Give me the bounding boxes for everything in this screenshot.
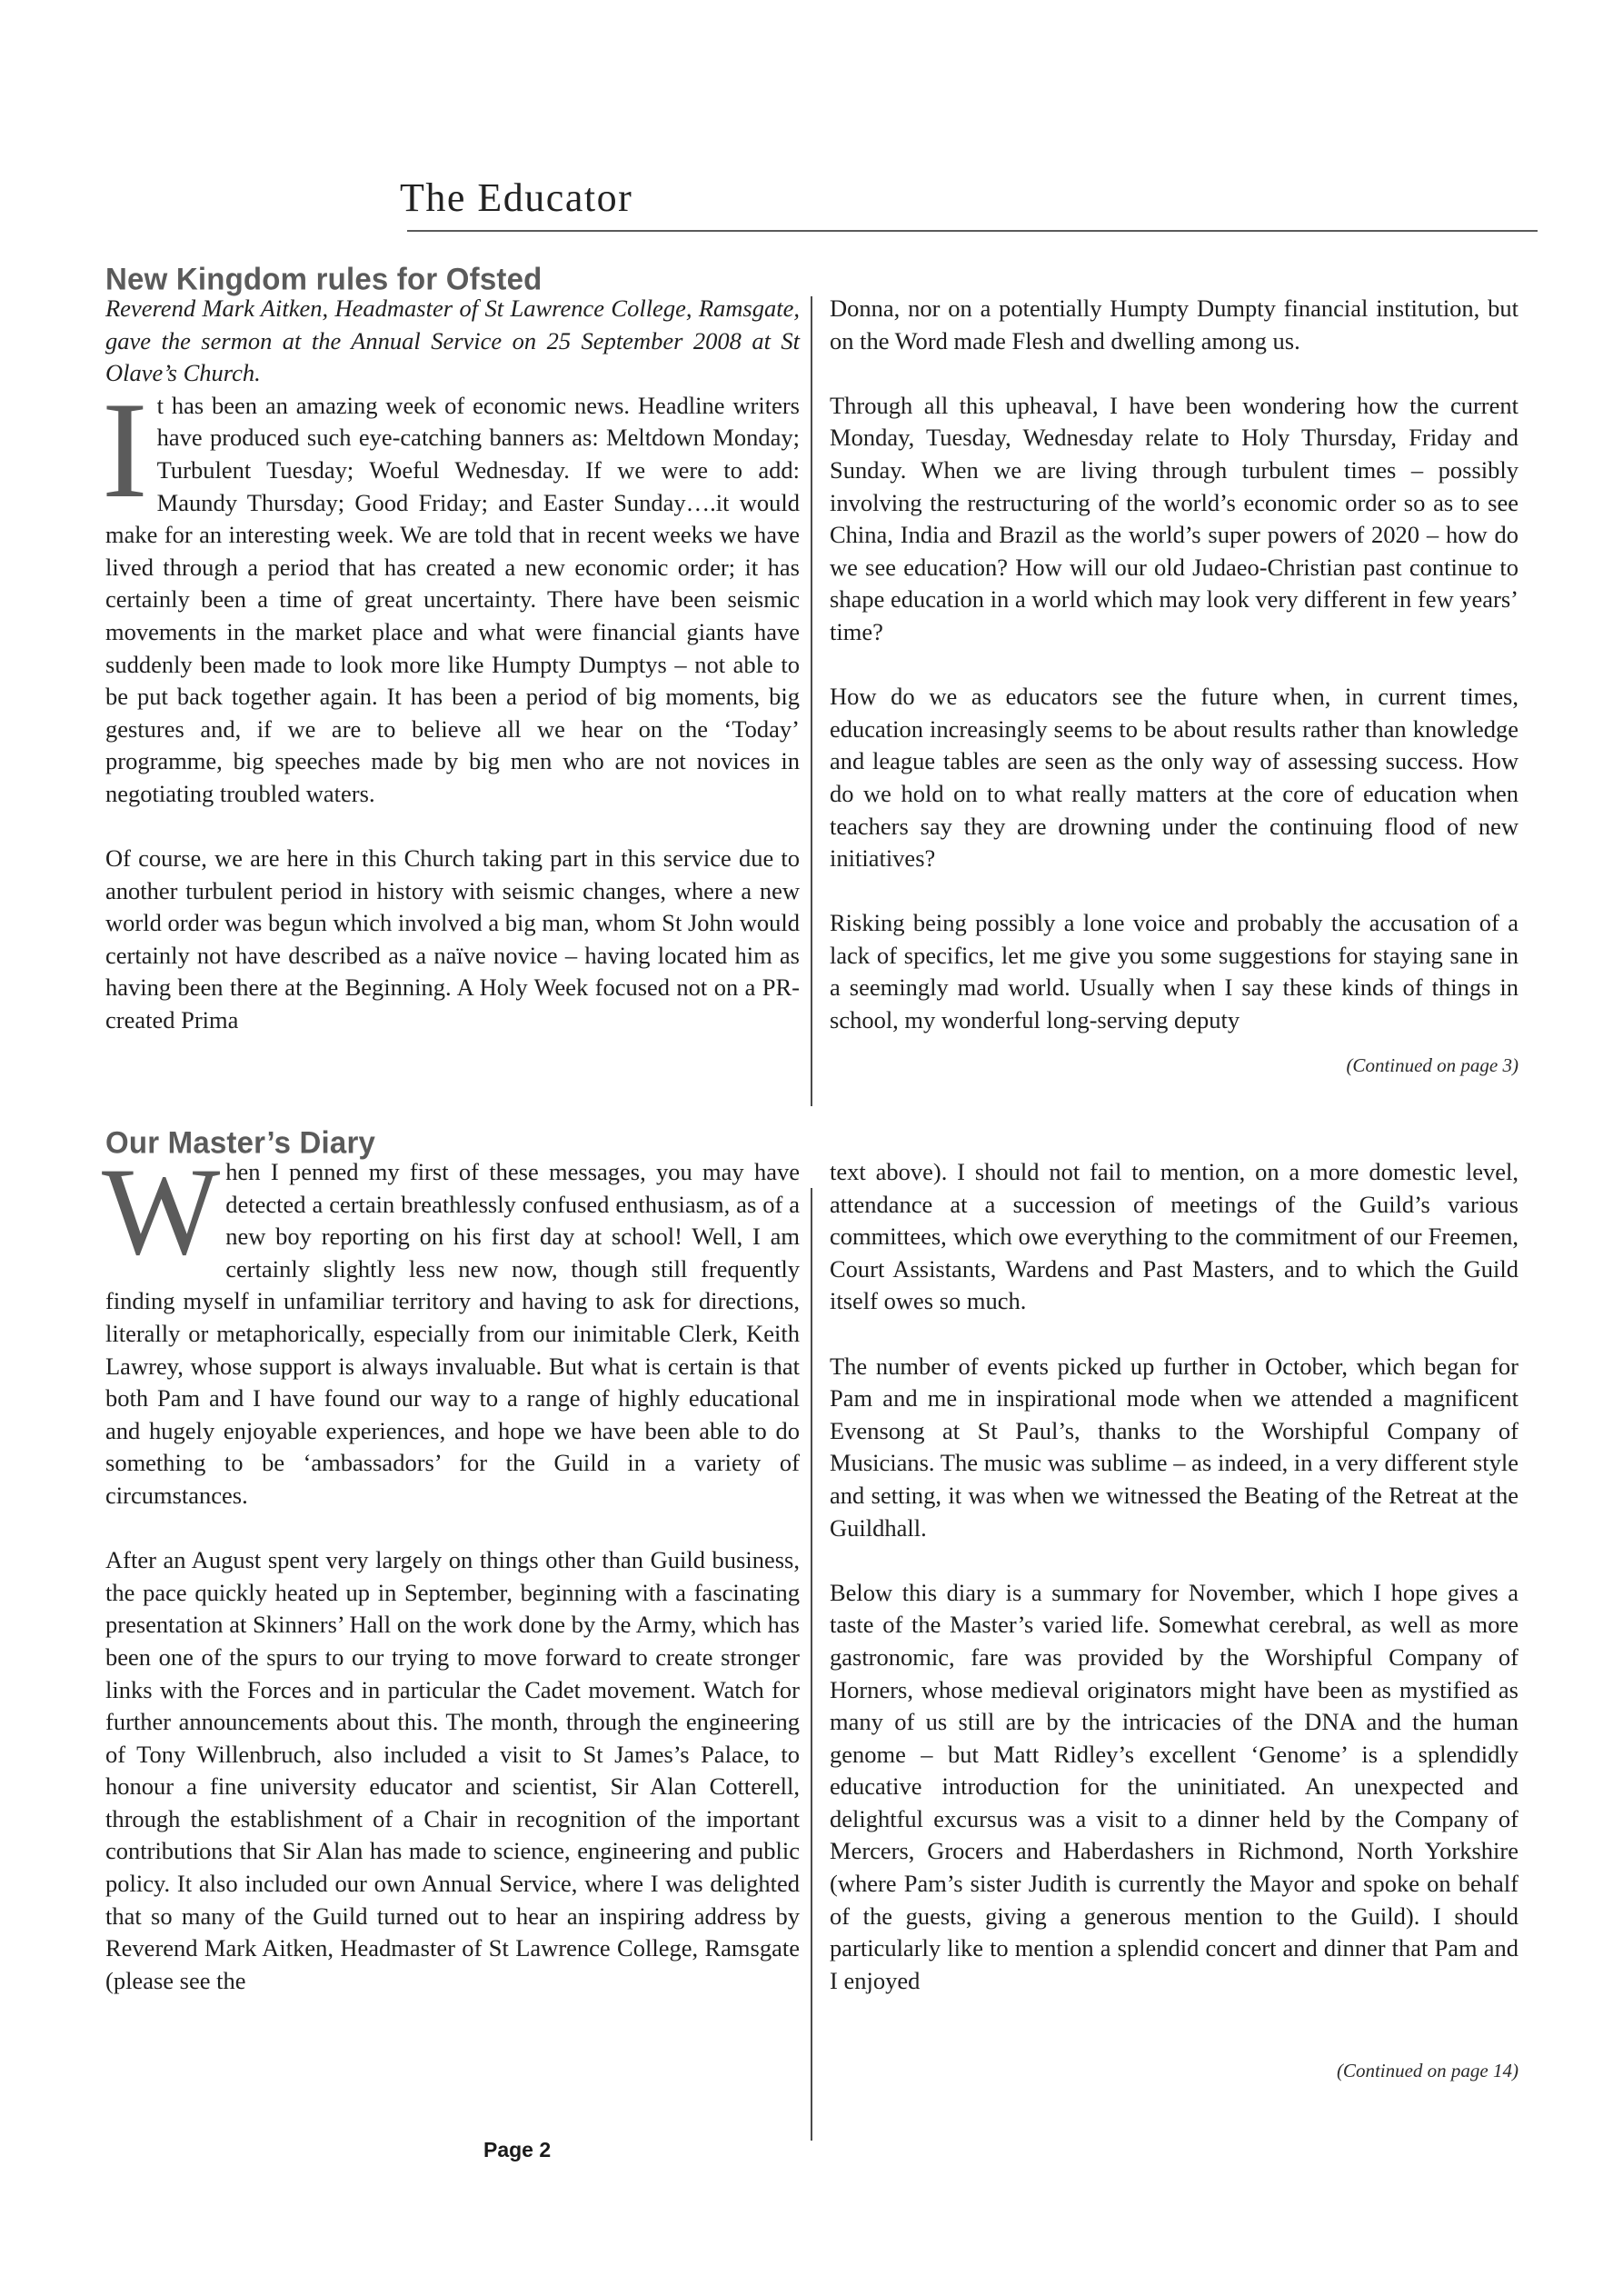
drop-cap: W: [102, 1162, 220, 1262]
article-paragraph: Risking being possibly a lone voice and …: [830, 907, 1518, 1036]
article-paragraph: Through all this upheaval, I have been w…: [830, 390, 1518, 649]
article-left-column: When I penned my first of these messages…: [105, 1156, 800, 1997]
article-paragraph: The number of events picked up further i…: [830, 1351, 1518, 1545]
column-divider: [811, 1188, 812, 2141]
article-paragraph: Donna, nor on a potentially Humpty Dumpt…: [830, 293, 1518, 357]
article-paragraph: text above). I should not fail to mentio…: [830, 1156, 1518, 1318]
article-paragraph: How do we as educators see the future wh…: [830, 681, 1518, 875]
continued-note: (Continued on page 3): [830, 1054, 1518, 1077]
article-paragraph: Below this diary is a summary for Novemb…: [830, 1577, 1518, 1998]
article-paragraph: Of course, we are here in this Church ta…: [105, 843, 800, 1037]
article-right-column: text above). I should not fail to mentio…: [830, 1156, 1518, 1997]
masthead-rule: [407, 230, 1538, 232]
page-number: Page 2: [483, 2138, 551, 2162]
article-paragraph: When I penned my first of these messages…: [105, 1156, 800, 1512]
drop-cap: I: [102, 395, 148, 506]
article-headline: New Kingdom rules for Ofsted: [105, 263, 542, 294]
column-divider: [811, 296, 812, 1106]
article-byline: Reverend Mark Aitken, Headmaster of St L…: [105, 293, 800, 390]
publication-title: The Educator: [400, 178, 632, 218]
article-paragraph: After an August spent very largely on th…: [105, 1544, 800, 1997]
continued-note: (Continued on page 14): [830, 2060, 1518, 2082]
article-paragraph: It has been an amazing week of economic …: [105, 390, 800, 811]
article-left-column: Reverend Mark Aitken, Headmaster of St L…: [105, 293, 800, 1037]
article-right-column: Donna, nor on a potentially Humpty Dumpt…: [830, 293, 1518, 1037]
